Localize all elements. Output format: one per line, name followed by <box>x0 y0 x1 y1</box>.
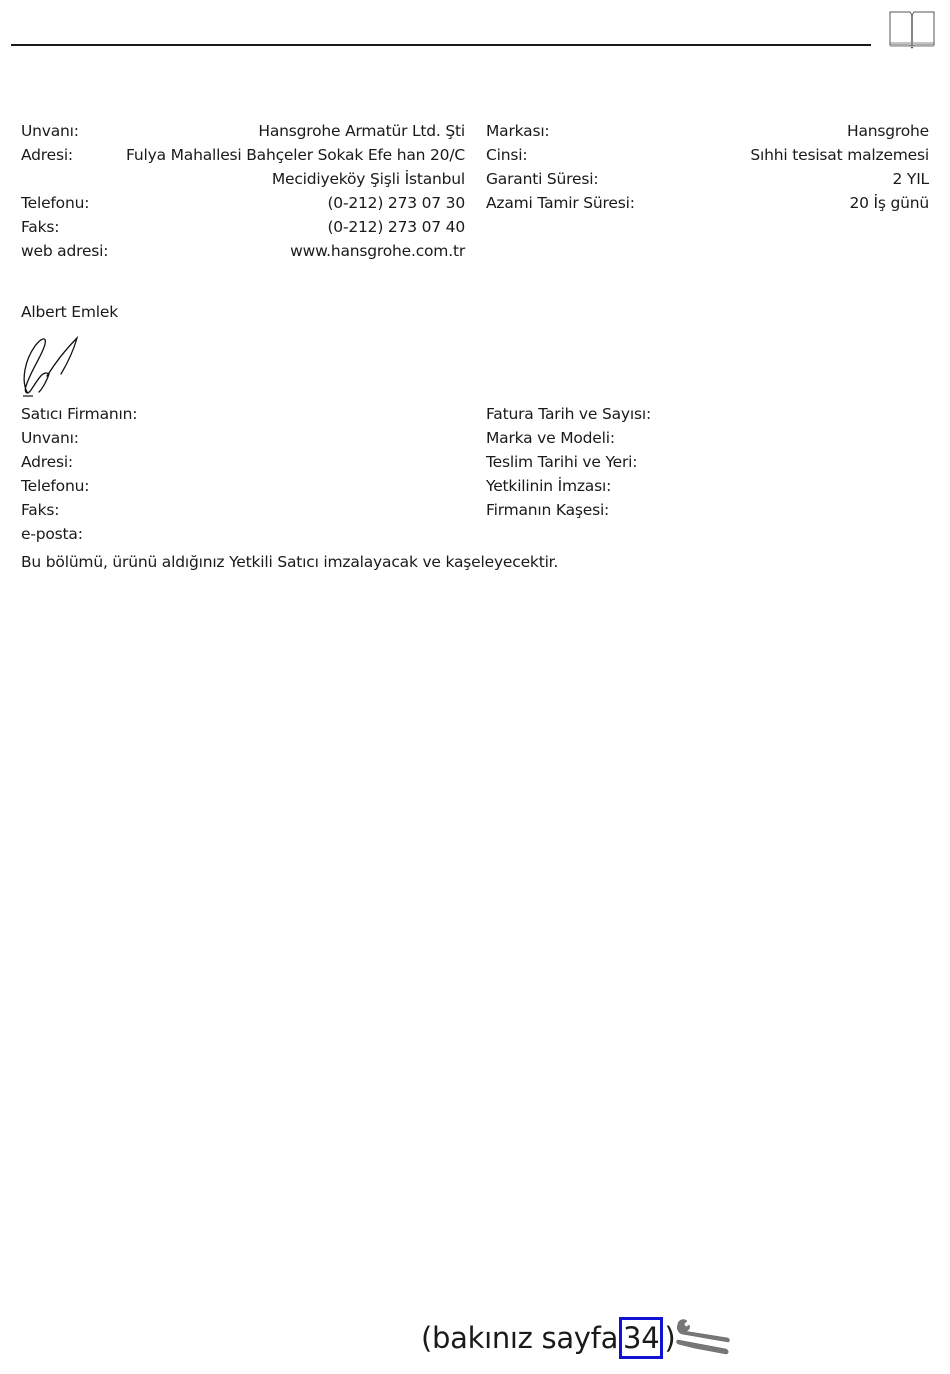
manufacturer-row: Telefonu:(0-212) 273 07 30 <box>21 191 465 215</box>
seller-left-labels: Satıcı Firmanın: Unvanı: Adresi: Telefon… <box>21 402 137 546</box>
product-value: 2 YIL <box>893 167 929 191</box>
manufacturer-value: (0-212) 273 07 30 <box>327 191 465 215</box>
manufacturer-value: Fulya Mahallesi Bahçeler Sokak Efe han 2… <box>126 143 465 167</box>
manufacturer-value: www.hansgrohe.com.tr <box>290 239 465 263</box>
seller-label: Fatura Tarih ve Sayısı: <box>486 402 651 426</box>
product-value: Sıhhi tesisat malzemesi <box>750 143 929 167</box>
seller-label: Adresi: <box>21 450 137 474</box>
manufacturer-value: (0-212) 273 07 40 <box>327 215 465 239</box>
manufacturer-label: Unvanı: <box>21 119 79 143</box>
manufacturer-label: Telefonu: <box>21 191 89 215</box>
manufacturer-row: Faks:(0-212) 273 07 40 <box>21 215 465 239</box>
manufacturer-label: Faks: <box>21 215 59 239</box>
seller-label: Firmanın Kaşesi: <box>486 498 651 522</box>
signatory-name: Albert Emlek <box>21 300 118 324</box>
product-value: Hansgrohe <box>847 119 929 143</box>
page-ref-prefix: (bakınız sayfa <box>421 1316 618 1360</box>
seller-label: Teslim Tarihi ve Yeri: <box>486 450 651 474</box>
seller-note: Bu bölümü, ürünü aldığınız Yetkili Satıc… <box>21 550 558 574</box>
tools-icon <box>674 1318 732 1358</box>
product-row: Cinsi:Sıhhi tesisat malzemesi <box>486 143 929 167</box>
product-row: Garanti Süresi:2 YIL <box>486 167 929 191</box>
book-icon <box>888 10 936 50</box>
manufacturer-value: Hansgrohe Armatür Ltd. Şti <box>258 119 465 143</box>
product-row: Azami Tamir Süresi:20 İş günü <box>486 191 929 215</box>
manufacturer-row: Unvanı:Hansgrohe Armatür Ltd. Şti <box>21 119 465 143</box>
product-label: Cinsi: <box>486 143 527 167</box>
seller-label: e-posta: <box>21 522 137 546</box>
seller-label: Marka ve Modeli: <box>486 426 651 450</box>
manufacturer-label: Adresi: <box>21 143 73 167</box>
signature-icon <box>17 330 87 402</box>
seller-label: Satıcı Firmanın: <box>21 402 137 426</box>
product-label: Markası: <box>486 119 549 143</box>
page-link[interactable]: 34 <box>619 1317 663 1359</box>
header-rule <box>11 44 871 46</box>
product-label: Garanti Süresi: <box>486 167 598 191</box>
product-row: Markası:Hansgrohe <box>486 119 929 143</box>
product-value: 20 İş günü <box>849 191 929 215</box>
seller-label: Faks: <box>21 498 137 522</box>
manufacturer-value: Mecidiyeköy Şişli İstanbul <box>272 167 465 191</box>
page-reference: (bakınız sayfa 34 ) <box>421 1316 675 1360</box>
seller-right-labels: Fatura Tarih ve Sayısı: Marka ve Modeli:… <box>486 402 651 522</box>
manufacturer-row: Mecidiyeköy Şişli İstanbul <box>21 167 465 191</box>
seller-label: Unvanı: <box>21 426 137 450</box>
manufacturer-row: Adresi:Fulya Mahallesi Bahçeler Sokak Ef… <box>21 143 465 167</box>
seller-label: Telefonu: <box>21 474 137 498</box>
manufacturer-row: web adresi:www.hansgrohe.com.tr <box>21 239 465 263</box>
seller-label: Yetkilinin İmzası: <box>486 474 651 498</box>
product-label: Azami Tamir Süresi: <box>486 191 635 215</box>
manufacturer-label: web adresi: <box>21 239 108 263</box>
